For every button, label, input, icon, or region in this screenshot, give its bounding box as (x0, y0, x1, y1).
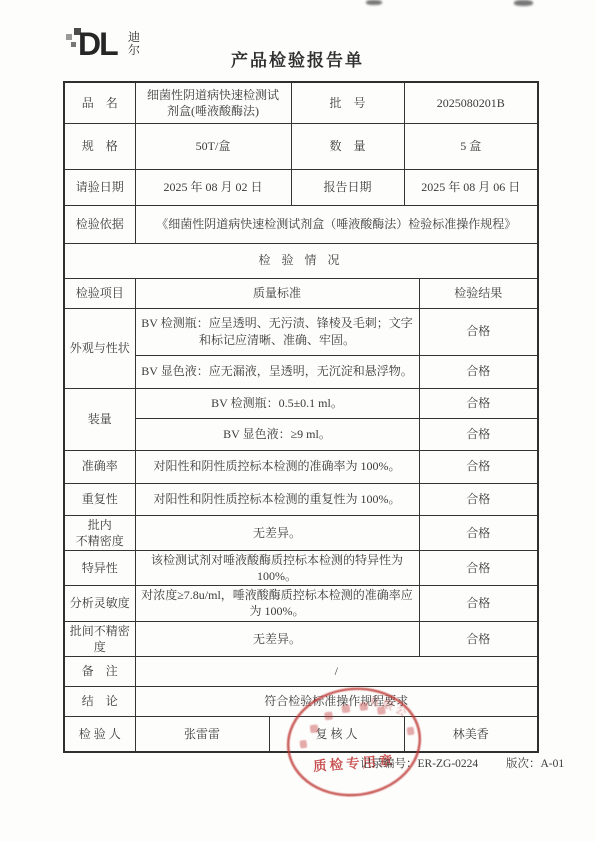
report-table: 品 名 细菌性阴道病快速检测试 剂盒(唾液酸酶法) 批 号 2025080201… (63, 81, 539, 753)
version-value: A-01 (541, 758, 565, 770)
spec-value: 50T/盒 (135, 123, 291, 169)
conclusion-value: 符合检验标准操作规程要求 (135, 687, 538, 717)
table-row: 外观与性状 BV 检测瓶：应呈透明、无污渍、锋棱及毛刺；文字和标记应清晰、准确、… (64, 308, 538, 355)
request-date-value: 2025 年 08 月 02 日 (135, 169, 291, 205)
item-intra-batch-imprecision: 批内 不精密度 (64, 515, 135, 550)
table-row: 规 格 50T/盒 数 量 5 盒 (64, 123, 538, 169)
result-cell: 合格 (419, 308, 538, 355)
report-date-label: 报告日期 (291, 169, 404, 205)
request-date-label: 请验日期 (64, 169, 135, 205)
remark-value: / (135, 657, 538, 687)
result-cell: 合格 (419, 550, 538, 585)
result-cell: 合格 (419, 355, 538, 388)
reviewer-name: 林美香 (404, 717, 538, 752)
inspector-label: 检 验 人 (64, 717, 135, 752)
item-appearance: 外观与性状 (64, 308, 135, 388)
report-date-value: 2025 年 08 月 06 日 (404, 169, 538, 205)
table-row: 分析灵敏度 对浓度≥7.8u/ml，唾液酸酶质控标本检测的准确率应为 100%。… (64, 586, 538, 621)
item-accuracy: 准确率 (64, 450, 135, 483)
table-row: 检验依据 《细菌性阴道病快速检测试剂盒（唾液酸酶法）检验标准操作规程》 (64, 205, 538, 243)
item-repeatability: 重复性 (64, 483, 135, 515)
product-name-label: 品 名 (64, 82, 135, 123)
item-inter-batch-imprecision: 批间不精密 度 (64, 621, 135, 656)
signature-row: 检 验 人 张雷雷 复 核 人 林美香 (64, 717, 538, 752)
batch-no-label: 批 号 (291, 82, 404, 123)
table-row: 特异性 该检测试剂对唾液酸酶质控标本检测的特异性为 100%。 合格 (64, 550, 538, 585)
result-cell: 合格 (419, 388, 538, 418)
batch-no-value: 2025080201B (404, 82, 538, 123)
result-cell: 合格 (419, 483, 538, 515)
record-number: 记录编号：ER-ZG-0224 (360, 755, 478, 771)
page-title: 产品检验报告单 (0, 46, 595, 71)
table-header-row: 检验项目 质量标准 检验结果 (64, 278, 538, 308)
table-row: 准确率 对阳性和阴性质控标本检测的准确率为 100%。 合格 (64, 450, 538, 483)
standard-cell: BV 检测瓶：0.5±0.1 ml。 (135, 388, 419, 418)
quantity-value: 5 盒 (404, 123, 538, 169)
scan-artifact (514, 0, 533, 6)
report-page: DL 迪尔 产品检验报告单 品 名 细菌性阴道病快速检测试 剂盒(唾液酸酶法) … (0, 0, 595, 842)
logo-cn-top: 迪 (128, 30, 140, 44)
quantity-label: 数 量 (291, 123, 404, 169)
table-row: 结 论 符合检验标准操作规程要求 (64, 687, 538, 717)
scan-artifact (366, 0, 382, 5)
conclusion-label: 结 论 (64, 687, 135, 717)
table-row: 重复性 对阳性和阴性质控标本检测的重复性为 100%。 合格 (64, 483, 538, 515)
table-row: BV 显色液：应无漏液，呈透明，无沉淀和悬浮物。 合格 (64, 355, 538, 388)
col-header-standard: 质量标准 (135, 278, 419, 308)
reviewer-label: 复 核 人 (269, 717, 404, 752)
inspector-name: 张雷雷 (135, 717, 269, 752)
table-row: 请验日期 2025 年 08 月 02 日 报告日期 2025 年 08 月 0… (64, 169, 538, 205)
table-row: 检 验 情 况 (64, 243, 538, 278)
result-cell: 合格 (419, 586, 538, 621)
logo-pixel-icon (66, 34, 72, 40)
result-cell: 合格 (419, 450, 538, 483)
section-title: 检 验 情 况 (64, 243, 538, 278)
item-analytical-sensitivity: 分析灵敏度 (64, 586, 135, 621)
standard-cell: 无差异。 (135, 515, 419, 550)
version-label: 版次： (506, 758, 541, 770)
basis-value: 《细菌性阴道病快速检测试剂盒（唾液酸酶法）检验标准操作规程》 (135, 205, 538, 243)
item-specificity: 特异性 (64, 550, 135, 585)
table-row: 备 注 / (64, 657, 538, 687)
standard-cell: 对阳性和阴性质控标本检测的重复性为 100%。 (135, 483, 419, 515)
table-row: 品 名 细菌性阴道病快速检测试 剂盒(唾液酸酶法) 批 号 2025080201… (64, 82, 538, 123)
record-label: 记录编号： (360, 758, 418, 770)
standard-cell: 该检测试剂对唾液酸酶质控标本检测的特异性为 100%。 (135, 550, 419, 585)
standard-cell: 对浓度≥7.8u/ml，唾液酸酶质控标本检测的准确率应为 100%。 (135, 586, 419, 621)
result-cell: 合格 (419, 418, 538, 450)
spec-label: 规 格 (64, 123, 135, 169)
result-cell: 合格 (419, 621, 538, 656)
standard-cell: 对阳性和阴性质控标本检测的准确率为 100%。 (135, 450, 419, 483)
standard-cell: 无差异。 (135, 621, 419, 656)
result-cell: 合格 (419, 515, 538, 550)
col-header-item: 检验项目 (64, 278, 135, 308)
standard-cell: BV 检测瓶：应呈透明、无污渍、锋棱及毛刺；文字和标记应清晰、准确、牢固。 (135, 308, 419, 355)
table-row: 批内 不精密度 无差异。 合格 (64, 515, 538, 550)
version-number: 版次：A-01 (506, 755, 564, 771)
record-no-value: ER-ZG-0224 (418, 758, 479, 770)
basis-label: 检验依据 (64, 205, 135, 243)
item-volume: 装量 (64, 388, 135, 450)
remark-label: 备 注 (64, 657, 135, 687)
product-name-value: 细菌性阴道病快速检测试 剂盒(唾液酸酶法) (135, 82, 291, 123)
standard-cell: BV 显色液：应无漏液，呈透明，无沉淀和悬浮物。 (135, 355, 419, 388)
table-row: 批间不精密 度 无差异。 合格 (64, 621, 538, 656)
standard-cell: BV 显色液：≥9 ml。 (135, 418, 419, 450)
table-row: 装量 BV 检测瓶：0.5±0.1 ml。 合格 (64, 388, 538, 418)
footer-record-line: 记录编号：ER-ZG-0224 版次：A-01 (0, 755, 595, 773)
col-header-result: 检验结果 (419, 278, 538, 308)
table-row: BV 显色液：≥9 ml。 合格 (64, 418, 538, 450)
